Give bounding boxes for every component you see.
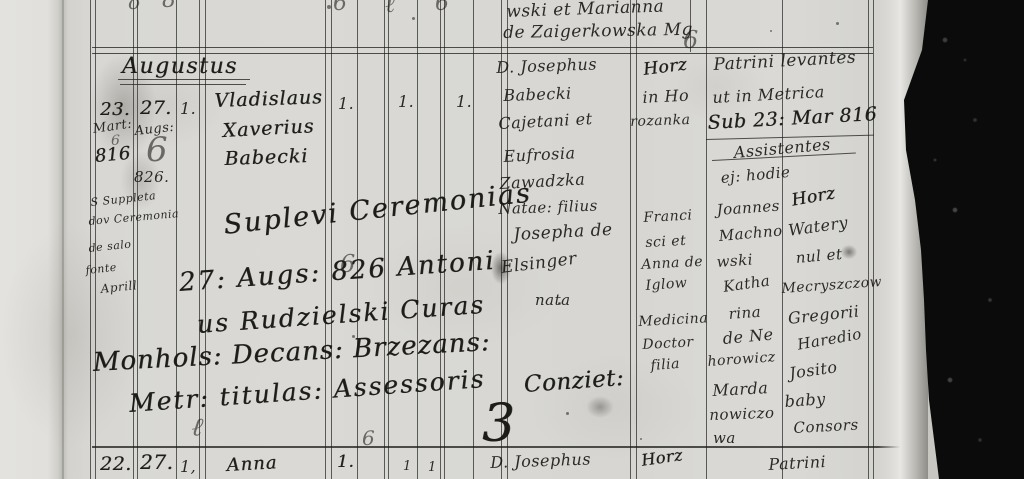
witness-left-line: nowiczo <box>709 404 775 424</box>
rule-vertical <box>417 0 418 479</box>
rule-vertical <box>444 0 445 479</box>
paper-edge-line <box>62 0 64 479</box>
child-name-line: Babecki <box>224 145 309 170</box>
stroke-fragment: 8 <box>162 0 177 13</box>
mother-parents-line: Doctor <box>642 334 694 353</box>
birth-year: 816 <box>94 143 132 167</box>
baptism-flourish: 6 <box>146 130 168 170</box>
rule-vertical <box>357 0 358 479</box>
next-child-name: Anna <box>226 452 278 476</box>
stroke-fragment: ℓ <box>385 0 396 19</box>
tally-mark: 1. <box>456 92 472 111</box>
mother-parents-line: sci et <box>645 233 687 251</box>
ink-speck <box>327 5 331 9</box>
rule-vertical <box>90 0 91 479</box>
rule-vertical <box>868 0 869 479</box>
register-scan-page: wski et Marianna de Zaigerkowska Mg 6 o … <box>0 0 1024 479</box>
parents-line: Eufrosia <box>503 143 576 166</box>
rule-vertical <box>636 0 637 479</box>
mother-parents-line: Anna de <box>641 254 703 273</box>
ink-speck <box>640 438 642 440</box>
prev-record-line: de Zaigerkowska Mg <box>503 20 693 43</box>
baptism-year: 826. <box>134 168 169 186</box>
witness-right-line: baby <box>784 389 826 411</box>
rule-vertical <box>440 0 441 479</box>
rule-vertical <box>473 0 474 479</box>
parents-line: D. Josephus <box>496 54 597 77</box>
rule-vertical <box>630 0 631 479</box>
next-tally-mark: 1 <box>403 459 412 474</box>
rule-vertical <box>706 0 707 479</box>
residence-line: in Ho <box>642 86 690 107</box>
witness-right-line: Consors <box>793 416 859 437</box>
tally-mark: 1. <box>338 94 354 113</box>
rule-vertical <box>873 0 874 479</box>
next-tally-mark: 1 <box>428 460 437 475</box>
witness-left-line: wa <box>713 429 736 447</box>
stroke-fragment: 6 <box>333 0 348 16</box>
ink-speck <box>770 30 772 32</box>
rule-vertical <box>388 0 389 479</box>
next-parents-start: D. Josephus <box>490 449 591 472</box>
witness-left-line: Marda <box>712 378 769 400</box>
parents-line: Babecki <box>503 84 572 105</box>
next-entry-number: 1, <box>180 457 196 476</box>
rule-vertical <box>95 0 96 479</box>
baptism-day: 27. <box>140 97 172 119</box>
stroke-fragment: 6 <box>340 250 356 278</box>
stroke-fragment: o <box>128 0 141 14</box>
rule-vertical <box>384 0 385 479</box>
witness-left-line: wski <box>716 250 754 270</box>
month-header: Augustus <box>122 54 238 79</box>
next-baptism-day: 27. <box>140 450 173 474</box>
child-name-line: Vladislaus <box>214 86 323 112</box>
stroke-fragment: 6 <box>362 426 375 450</box>
parents-line: nata <box>535 291 571 309</box>
stroke-fragment: 6 <box>435 0 450 16</box>
residence-line: rozanka <box>630 112 691 130</box>
next-birth-day: 22. <box>100 453 132 475</box>
rule-vertical <box>331 0 332 479</box>
mother-parents-line: Franci <box>643 207 693 226</box>
ink-speck <box>836 22 839 25</box>
month-underline <box>118 79 250 80</box>
month-underline <box>120 84 246 85</box>
next-tally-mark: 1. <box>337 452 354 472</box>
ink-speck <box>412 17 415 20</box>
row-separator <box>92 47 873 48</box>
rule-vertical <box>325 0 326 479</box>
stroke-fragment: 6 <box>683 26 699 54</box>
tally-mark: 1. <box>398 92 414 111</box>
rule-vertical <box>782 0 783 479</box>
witness-left-line: rina <box>728 303 762 323</box>
ink-speck <box>566 412 569 415</box>
flourish-three: 3 <box>482 394 516 454</box>
mother-parents-line: filia <box>650 356 681 374</box>
next-patrini-start: Patrini <box>768 452 827 474</box>
entry-number: 1. <box>180 99 196 118</box>
mother-parents-line: Iglow <box>645 275 688 294</box>
